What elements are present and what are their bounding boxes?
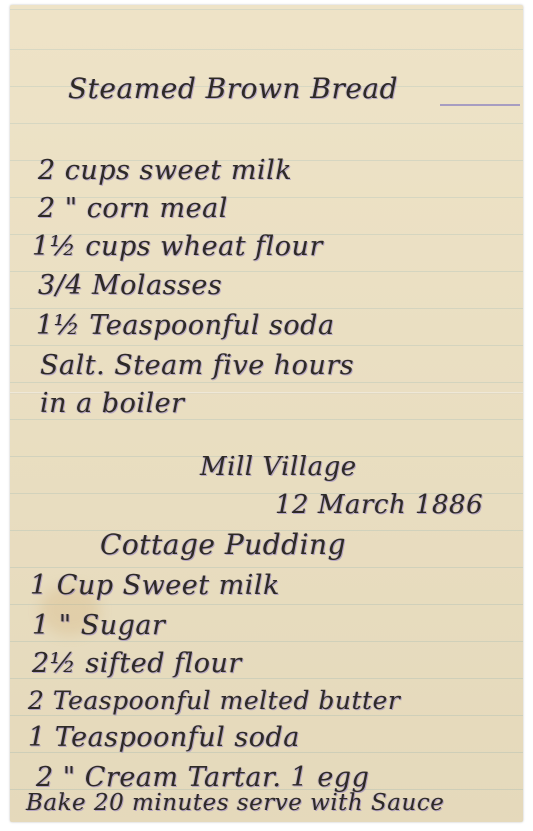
recipe2-line-1: 1 Cup Sweet milk [30, 570, 280, 601]
place-name: Mill Village [200, 452, 357, 482]
recipe1-title: Steamed Brown Bread [68, 72, 398, 105]
recipe1-line-4: 3/4 Molasses [38, 270, 222, 301]
date: 12 March 1886 [275, 490, 483, 520]
recipe2-line-6: 2 " Cream Tartar. 1 egg [36, 762, 369, 793]
recipe2-title: Cottage Pudding [100, 528, 346, 561]
recipe2-line-7: Bake 20 minutes serve with Sauce [26, 790, 444, 816]
title-underline [440, 104, 520, 106]
recipe1-line-7: in a boiler [40, 388, 184, 419]
recipe2-line-3: 2½ sifted flour [32, 648, 242, 679]
recipe2-line-4: 2 Teaspoonful melted butter [28, 686, 400, 715]
recipe1-line-5: 1½ Teaspoonful soda [36, 310, 335, 341]
recipe2-line-2: 1 " Sugar [32, 610, 165, 641]
recipe1-line-2: 2 " corn meal [38, 193, 228, 224]
recipe1-line-3: 1½ cups wheat flour [32, 231, 323, 262]
recipe1-line-1: 2 cups sweet milk [38, 155, 292, 186]
recipe2-line-5: 1 Teaspoonful soda [28, 722, 300, 753]
recipe1-line-6: Salt. Steam five hours [40, 350, 354, 381]
